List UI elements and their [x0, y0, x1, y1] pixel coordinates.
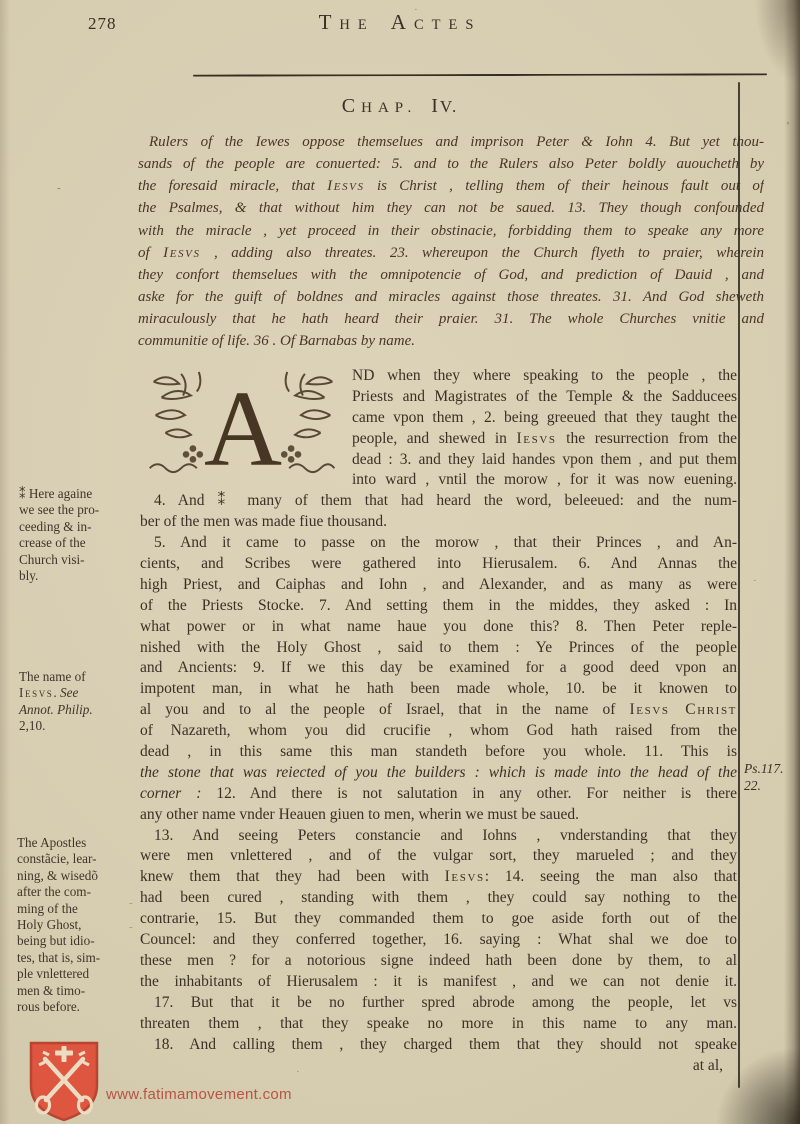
text-line: 2,10. [19, 718, 137, 734]
text-line: impotent man, in what he hath been made … [140, 679, 737, 700]
text-line: 5. And it came to passe on the morow , t… [140, 533, 737, 554]
drop-cap-woodcut-A-icon: A [140, 368, 346, 478]
text-line: ND when they where speaking to the peopl… [352, 366, 737, 387]
running-title-word: THE [319, 10, 375, 35]
scan-edge-shading [784, 0, 800, 1124]
ink-speck: - [129, 921, 133, 933]
text-line: corner : 12. And there is not salutation… [140, 784, 737, 805]
ink-speck: - [129, 897, 133, 909]
header-rule [193, 73, 767, 76]
paragraph: 4. And ⁑ many of them that had heard the… [140, 491, 737, 1055]
text-line: contrarie, 15. But they commanded them t… [140, 909, 737, 930]
text-line: into ward , vntil the morow , for it was… [352, 470, 737, 491]
ink-speck: - [57, 182, 61, 194]
text-line: the foresaid miracle, that Iesvs is Chri… [138, 175, 764, 197]
text-line: Holy Ghost, [17, 917, 135, 933]
watermark-url: www.fatimamovement.com [106, 1086, 292, 1103]
running-title-word: ACTES [391, 10, 482, 35]
text-line: The Apostles [17, 835, 135, 851]
text-line: knew them that they had been with Iesvs:… [140, 867, 737, 888]
text-line: crease of the [19, 535, 137, 551]
text-line: dead , in this same this man standeth be… [140, 742, 737, 763]
text-line: were men vnlettered , and of the vulgar … [140, 846, 737, 867]
text-line: we see the pro- [19, 502, 137, 518]
text-line: of Nazareth, whom you did crucifie , who… [140, 721, 737, 742]
text-line: ming of the [17, 901, 135, 917]
scripture-ref: Ps.117.22. [744, 760, 798, 794]
text-line: ⁑ Here againe [19, 486, 137, 502]
text-line: 17. But that it be no further spred abro… [140, 993, 737, 1014]
margin-note: The Apostlesconstãcie, lear-ning, & wise… [17, 835, 135, 1015]
text-line: had been cured , standing with them , th… [140, 888, 737, 909]
margin-note: ⁑ Here againewe see the pro-ceeding & in… [19, 486, 137, 584]
text-line: communitie of life. 36 . Of Barnabas by … [138, 330, 764, 352]
scan-edge-shading [0, 0, 10, 1124]
text-line: ning, & wisedõ [17, 868, 135, 884]
text-line: Annot. Philip. [19, 702, 137, 718]
text-line: the inhabitants of Hierusalem : it is ma… [140, 972, 737, 993]
margin-note: The name ofIesvs. SeeAnnot. Philip.2,10. [19, 669, 137, 735]
text-line: threaten them , that they speake no more… [140, 1014, 737, 1035]
text-line: dead : 3. and they laid handes vpon them… [352, 450, 737, 471]
text-line: and Ancients: 9. If we this day be exami… [140, 658, 737, 679]
text-line: The Rulers of the Iewes oppose themselue… [138, 131, 764, 153]
text-line: aske for the guift of boldnes and miracl… [138, 286, 764, 308]
text-line: sands of the people are conuerted: 5. an… [138, 153, 764, 175]
chapter-word: CHAP. [342, 95, 417, 118]
text-line: came vpon them , 2. being greeued that t… [352, 408, 737, 429]
text-line: 4. And ⁑ many of them that had heard the… [140, 491, 737, 512]
text-line: Ps.117. [744, 760, 798, 777]
text-line: people, and shewed in Iesvs the resurrec… [352, 429, 737, 450]
body-text: A ND when they where speaking to the peo… [140, 366, 737, 1076]
text-line: what power or in what name haue you done… [140, 617, 737, 638]
text-line: they confort themselues with the omnipot… [138, 264, 764, 286]
text-line: Church visi- [19, 552, 137, 568]
text-line: of the Priests Stocke. 7. And setting th… [140, 596, 737, 617]
text-line: Priests and Magistrates of the Temple & … [352, 387, 737, 408]
text-line: men & timo- [17, 983, 135, 999]
text-line: 18. And calling them , they charged them… [140, 1035, 737, 1056]
chapter-number: IV. [431, 95, 458, 118]
text-line: rous before. [17, 999, 135, 1015]
text-line: after the com- [17, 884, 135, 900]
text-line: constãcie, lear- [17, 851, 135, 867]
chapter-argument: The Rulers of the Iewes oppose themselue… [114, 131, 764, 352]
page-scan: 278 THEACTES CHAP.IV. The Rulers of the … [0, 0, 800, 1124]
text-line: nished with the Holy Ghost , said to the… [140, 638, 737, 659]
text-line: high Priest, and Caiphas and Iohn , and … [140, 575, 737, 596]
text-line: The name of [19, 669, 137, 685]
ink-speck: · [753, 575, 757, 587]
text-line: any other name vnder Heauen giuen to men… [140, 805, 737, 826]
text-line: 22. [744, 777, 798, 794]
paragraph: ND when they where speaking to the peopl… [352, 366, 737, 491]
ink-speck: · [414, 4, 418, 16]
svg-text:A: A [204, 369, 282, 478]
ink-speck: · [296, 1066, 300, 1078]
crossed-keys-shield-icon [26, 1040, 102, 1122]
text-line: tes, that is, sim- [17, 950, 135, 966]
catchword: at al, [140, 1055, 737, 1076]
text-line: Councel: and they conferred together, 16… [140, 930, 737, 951]
text-line: cients, and Scribes were gathered into H… [140, 554, 737, 575]
text-line: the stone that was reiected of you the b… [140, 763, 737, 784]
text-line: being but idio- [17, 933, 135, 949]
running-title: THEACTES [0, 10, 800, 35]
text-line: Iesvs. See [19, 685, 137, 701]
text-line: ber of the men was made fiue thousand. [140, 512, 737, 533]
text-line: bly. [19, 568, 137, 584]
text-line: with the miracle , yet proceed in their … [138, 220, 764, 242]
text-line: these men ? for a notorious signe indeed… [140, 951, 737, 972]
text-line: ple vnlettered [17, 966, 135, 982]
ink-speck: ’ [786, 120, 790, 132]
text-line: al you and to al the people of Israel, t… [140, 700, 737, 721]
text-line: 13. And seeing Peters constancie and Ioh… [140, 826, 737, 847]
text-line: ceeding & in- [19, 519, 137, 535]
text-line: miraculously that he hath heard their pr… [138, 308, 764, 330]
column-rule [738, 82, 740, 1088]
chapter-heading: CHAP.IV. [0, 95, 800, 118]
text-line: the Psalmes, & that without him they can… [138, 197, 764, 219]
text-line: of Iesvs , adding also threates. 23. whe… [138, 242, 764, 264]
